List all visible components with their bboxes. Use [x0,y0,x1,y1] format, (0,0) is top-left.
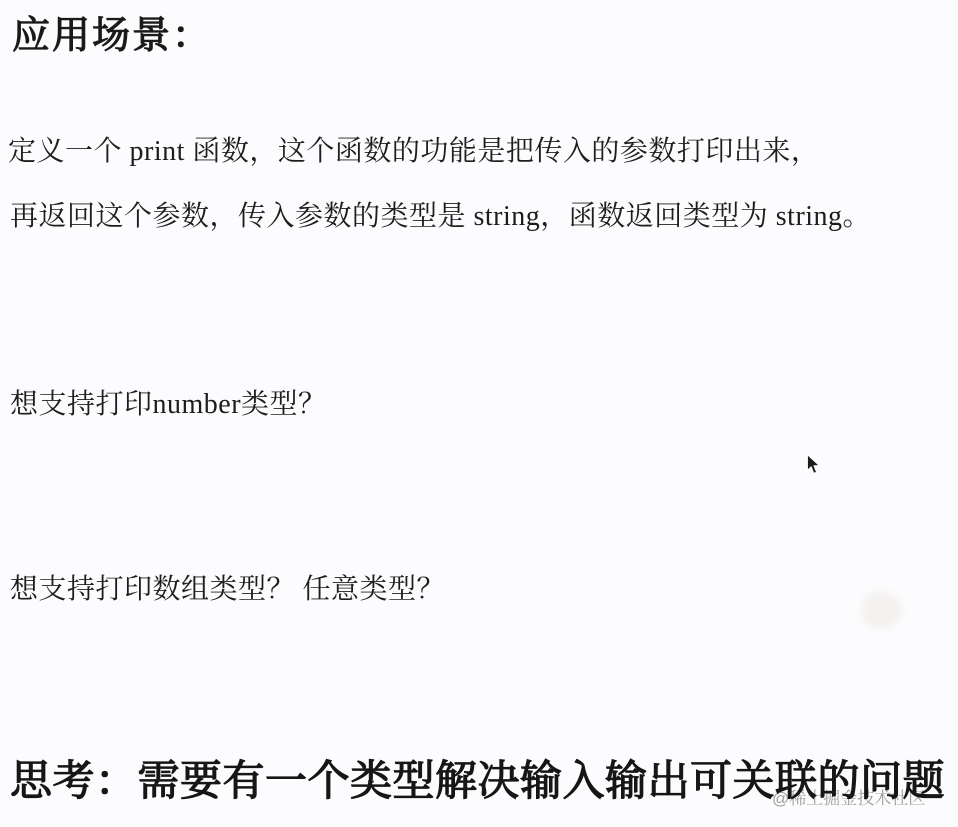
slide-page: 应用场景： 定义一个 print 函数，这个函数的功能是把传入的参数打印出来， … [0,0,958,827]
page-title: 应用场景： [12,4,212,59]
question-number-type: 想支持打印number类型？ [10,382,327,422]
paragraph-line-2: 再返回这个参数，传入参数的类型是 string，函数返回类型为 string。 [10,194,871,234]
question-array-any-type: 想支持打印数组类型？ 任意类型？ [10,567,445,607]
faint-smudge [862,592,902,628]
paragraph-line-1: 定义一个 print 函数，这个函数的功能是把传入的参数打印出来， [8,129,819,169]
conclusion-statement: 思考：需要有一个类型解决输入输出可关联的问题 [10,748,945,808]
mouse-cursor-icon [806,454,821,481]
